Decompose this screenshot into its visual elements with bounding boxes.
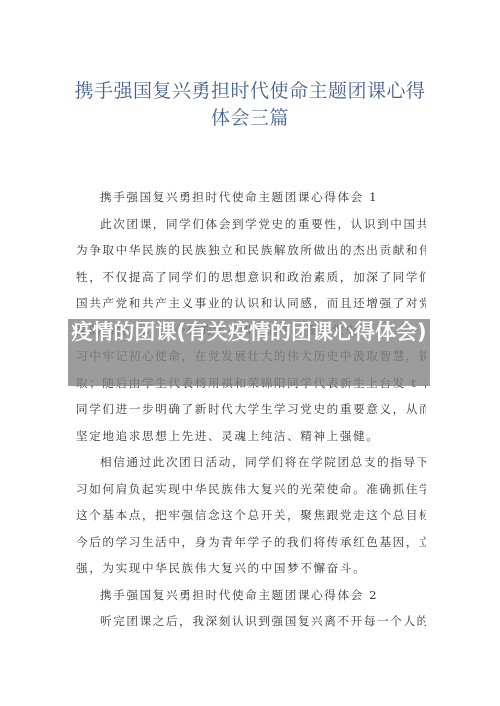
paragraph-line: 牲，不仅提高了同学们的思想意识和政治素质，加深了同学们对中 bbox=[76, 264, 426, 291]
paragraph-line: 这个基本点，把牢强信念这个总开关，聚焦跟党走这个总目标。在 bbox=[76, 502, 426, 529]
paragraph-line: 习如何肩负起实现中华民族伟大复兴的光荣使命。准确抓住学党史 bbox=[76, 476, 426, 503]
document-body: 携手强国复兴勇担时代使命主题团课心得体会 1 此次团课，同学们体会到学党史的重要… bbox=[76, 184, 426, 635]
section-heading-2: 携手强国复兴勇担时代使命主题团课心得体会 2 bbox=[76, 582, 426, 609]
paragraph-line: 此次团课，同学们体会到学党史的重要性，认识到中国共产党 bbox=[76, 211, 426, 238]
paragraph-line: 坚定地追求思想上先进、灵魂上纯洁、精神上强健。 bbox=[76, 423, 426, 450]
document-title-line-2: 体会三篇 bbox=[0, 105, 500, 132]
overlay-title: 疫情的团课(有关疫情的团课心得体会) bbox=[68, 318, 430, 346]
document-title: 携手强国复兴勇担时代使命主题团课心得 体会三篇 bbox=[0, 78, 500, 132]
section-heading-1: 携手强国复兴勇担时代使命主题团课心得体会 1 bbox=[76, 184, 426, 211]
paragraph-line: 强，为实现中华民族伟大复兴的中国梦不懈奋斗。 bbox=[76, 555, 426, 582]
document-title-line-1: 携手强国复兴勇担时代使命主题团课心得 bbox=[0, 78, 500, 105]
paragraph-line: 听完团课之后，我深刻认识到强国复兴离不开每一个人的努力 bbox=[76, 608, 426, 635]
paragraph-line: 同学们进一步明确了新时代大学生学习党史的重要意义，从而更加 bbox=[76, 396, 426, 423]
paragraph-line: 相信通过此次团日活动，同学们将在学院团总支的指导下，学 bbox=[76, 449, 426, 476]
paragraph-line: 为争取中华民族的民族独立和民族解放所做出的杰出贡献和伟大牺 bbox=[76, 237, 426, 264]
paragraph-line: 国共产党和共产主义事业的认识和认同感，而且还增强了对党和国 bbox=[76, 290, 426, 317]
paragraph-line: 今后的学习生活中，身为青年学子的我们将传承红色基因，立志图 bbox=[76, 529, 426, 556]
